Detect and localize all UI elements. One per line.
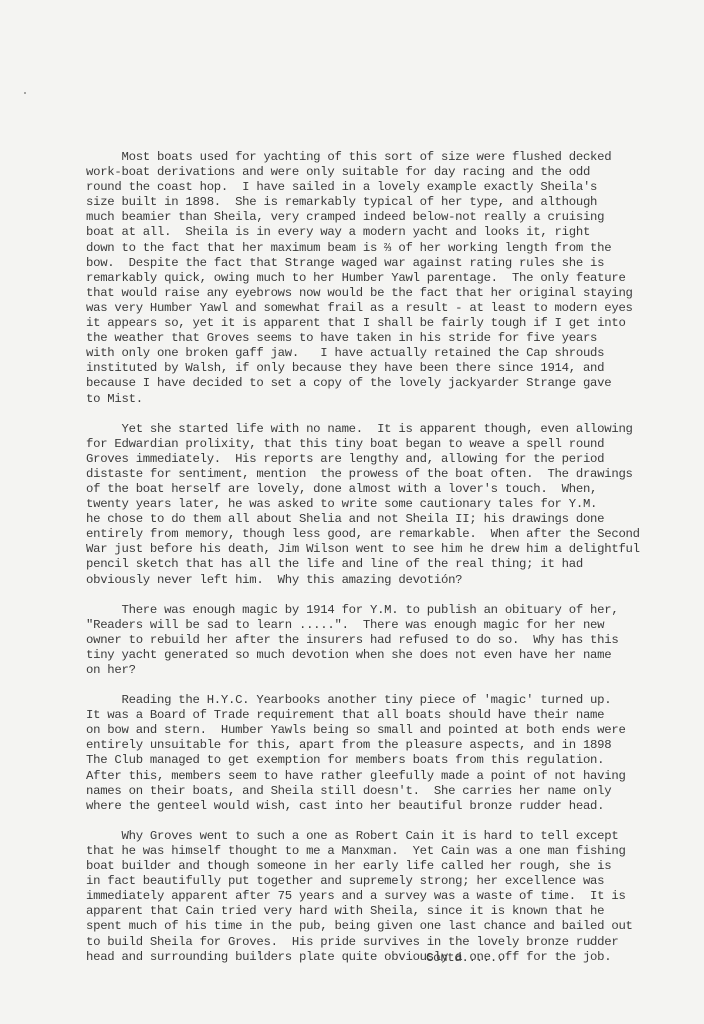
text-line: distaste for sentiment, mention the prow… <box>86 467 666 482</box>
text-line: entirely from memory, though less good, … <box>86 527 666 542</box>
text-line: boat at all. Sheila is in every way a mo… <box>86 225 666 240</box>
text-line: down to the fact that her maximum beam i… <box>86 241 666 256</box>
text-line: bow. Despite the fact that Strange waged… <box>86 256 666 271</box>
text-line: pencil sketch that has all the life and … <box>86 557 666 572</box>
text-line: of the boat herself are lovely, done alm… <box>86 482 666 497</box>
text-line: The Club managed to get exemption for me… <box>86 753 666 768</box>
text-line: immediately apparent after 75 years and … <box>86 889 666 904</box>
text-line: with only one broken gaff jaw. I have ac… <box>86 346 666 361</box>
text-line: After this, members seem to have rather … <box>86 769 666 784</box>
text-line: for Edwardian prolixity, that this tiny … <box>86 437 666 452</box>
text-line: entirely unsuitable for this, apart from… <box>86 738 666 753</box>
text-line: because I have decided to set a copy of … <box>86 376 666 391</box>
text-line: There was enough magic by 1914 for Y.M. … <box>86 603 666 618</box>
text-line: spent much of his time in the pub, being… <box>86 919 666 934</box>
text-line: that would raise any eyebrows now would … <box>86 286 666 301</box>
paragraph-1: Most boats used for yachting of this sor… <box>86 150 666 407</box>
text-line: it appears so, yet it is apparent that I… <box>86 316 666 331</box>
body-text: Most boats used for yachting of this sor… <box>86 150 666 980</box>
text-line: Groves immediately. His reports are leng… <box>86 452 666 467</box>
text-line: names on their boats, and Sheila still d… <box>86 784 666 799</box>
text-line: boat builder and though someone in her e… <box>86 859 666 874</box>
text-line: obviously never left him. Why this amazi… <box>86 573 666 588</box>
text-line: twenty years later, he was asked to writ… <box>86 497 666 512</box>
text-line: Why Groves went to such a one as Robert … <box>86 829 666 844</box>
paragraph-3: There was enough magic by 1914 for Y.M. … <box>86 603 666 678</box>
text-line: instituted by Walsh, if only because the… <box>86 361 666 376</box>
text-line: "Readers will be sad to learn .....". Th… <box>86 618 666 633</box>
text-line: the weather that Groves seems to have ta… <box>86 331 666 346</box>
continuation-note: Contd...... <box>426 951 504 965</box>
text-line: much beamier than Sheila, very cramped i… <box>86 210 666 225</box>
text-line: he chose to do them all about Shelia and… <box>86 512 666 527</box>
text-line: head and surrounding builders plate quit… <box>86 950 666 965</box>
text-line: work-boat derivations and were only suit… <box>86 165 666 180</box>
text-line: War just before his death, Jim Wilson we… <box>86 542 666 557</box>
text-line: where the genteel would wish, cast into … <box>86 799 666 814</box>
paragraph-4: Reading the H.Y.C. Yearbooks another tin… <box>86 693 666 814</box>
paragraph-5: Why Groves went to such a one as Robert … <box>86 829 666 965</box>
text-line: round the coast hop. I have sailed in a … <box>86 180 666 195</box>
text-line: tiny yacht generated so much devotion wh… <box>86 648 666 663</box>
text-line: to build Sheila for Groves. His pride su… <box>86 935 666 950</box>
text-line: owner to rebuild her after the insurers … <box>86 633 666 648</box>
text-line: on her? <box>86 663 666 678</box>
text-line: in fact beautifully put together and sup… <box>86 874 666 889</box>
paper-speck <box>24 92 26 94</box>
text-line: on bow and stern. Humber Yawls being so … <box>86 723 666 738</box>
text-line: to Mist. <box>86 392 666 407</box>
typewritten-page: Most boats used for yachting of this sor… <box>0 0 704 1024</box>
text-line: that he was himself thought to me a Manx… <box>86 844 666 859</box>
paragraph-2: Yet she started life with no name. It is… <box>86 422 666 588</box>
text-line: was very Humber Yawl and somewhat frail … <box>86 301 666 316</box>
text-line: Most boats used for yachting of this sor… <box>86 150 666 165</box>
text-line: Reading the H.Y.C. Yearbooks another tin… <box>86 693 666 708</box>
text-line: It was a Board of Trade requirement that… <box>86 708 666 723</box>
text-line: remarkably quick, owing much to her Humb… <box>86 271 666 286</box>
text-line: Yet she started life with no name. It is… <box>86 422 666 437</box>
text-line: size built in 1898. She is remarkably ty… <box>86 195 666 210</box>
text-line: apparent that Cain tried very hard with … <box>86 904 666 919</box>
